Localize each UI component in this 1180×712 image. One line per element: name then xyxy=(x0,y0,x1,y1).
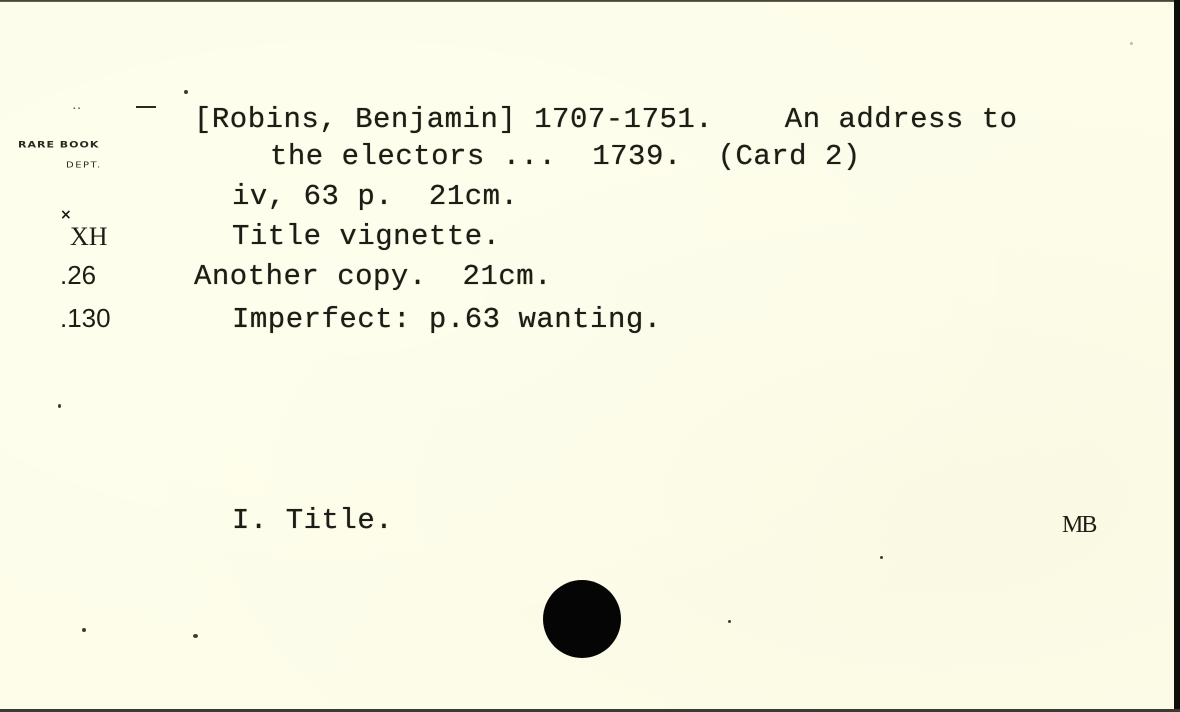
library-symbol: MB xyxy=(1062,512,1095,539)
title-continuation-line: the electors ... 1739. (Card 2) xyxy=(270,142,861,171)
note-line: Title vignette. xyxy=(232,222,501,251)
rare-book-stamp: RARE BOOK xyxy=(18,139,99,149)
dept-stamp: DEPT. xyxy=(66,161,102,170)
ink-speck xyxy=(58,404,61,408)
call-number-26: .26 xyxy=(60,260,96,291)
call-number-xh: XH xyxy=(70,222,108,252)
call-number-130: .130 xyxy=(60,303,111,334)
copy-line: Another copy. 21cm. xyxy=(194,262,552,291)
faint-dash-marks: ‥ xyxy=(72,97,83,114)
heading-dash xyxy=(136,106,156,108)
ink-speck xyxy=(184,90,188,94)
card-right-edge xyxy=(1174,0,1180,712)
x-mark: × xyxy=(60,207,72,223)
imperfection-line: Imperfect: p.63 wanting. xyxy=(232,305,662,334)
punch-hole xyxy=(543,580,621,658)
ink-speck xyxy=(193,634,198,638)
ink-speck xyxy=(1130,42,1133,45)
collation-line: iv, 63 p. 21cm. xyxy=(232,182,518,211)
tracing-line: I. Title. xyxy=(232,506,393,535)
ink-speck xyxy=(728,620,731,623)
ink-speck xyxy=(82,628,86,632)
catalog-card: ‥ RARE BOOK DEPT. [Robins, Benjamin] 170… xyxy=(0,2,1175,709)
main-entry-line: [Robins, Benjamin] 1707-1751. An address… xyxy=(194,105,1018,134)
ink-speck xyxy=(880,556,883,559)
